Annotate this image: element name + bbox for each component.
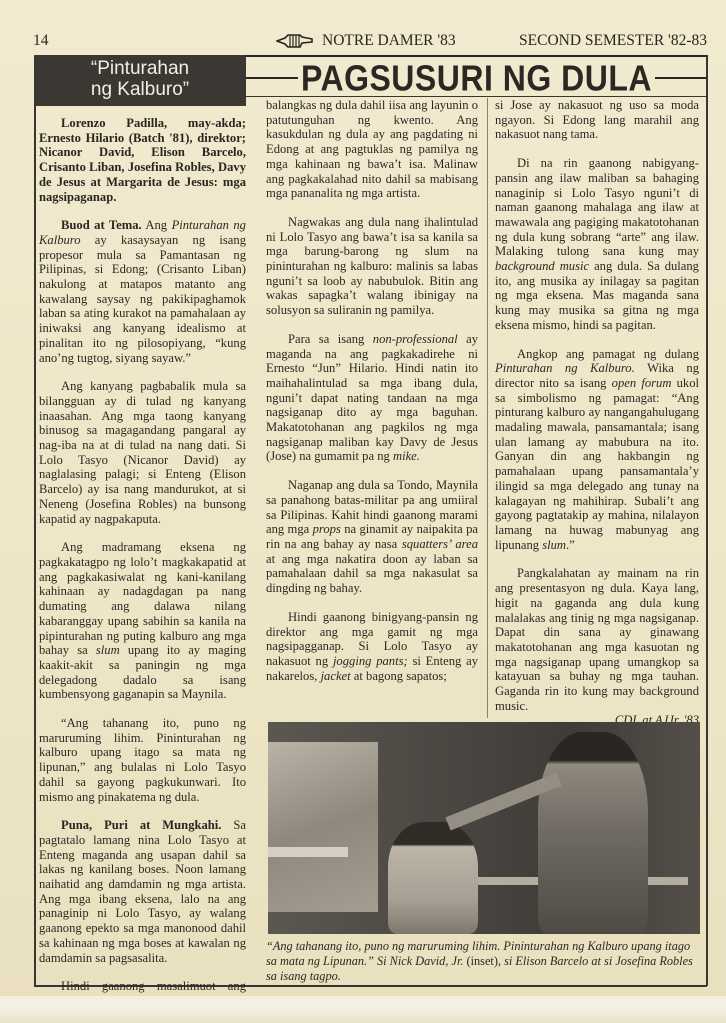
paragraph: Hindi gaanong binigyang-pansin ng direkt…: [266, 610, 478, 684]
paragraph: balangkas ng dula dahil iisa ang layunin…: [266, 98, 478, 201]
text: .”: [566, 538, 575, 552]
paragraph: Pangkalahatan ay mainam na rin ang prese…: [495, 566, 699, 713]
paragraph: Puna, Puri at Mungkahi. Sa pagtatalo lam…: [39, 818, 246, 965]
paragraph: Para sa isang non-professional ay magand…: [266, 332, 478, 464]
text: ukol sa simbolismo ng pamagat: “Ang pint…: [495, 376, 699, 552]
frame-right-rule: [706, 55, 708, 986]
emphasis: jacket: [321, 669, 351, 683]
emphasis: open forum: [612, 376, 672, 390]
kicker-line-2: ng Kalburo”: [34, 79, 246, 100]
headline-rule-left: [246, 77, 298, 79]
emphasis: slum: [542, 538, 566, 552]
article-kicker: “Pinturahan ng Kalburo”: [34, 55, 246, 106]
column-divider: [487, 98, 488, 718]
text: ay kasaysayan ng isang propesor mula sa …: [39, 233, 246, 365]
text: Para sa isang: [288, 332, 373, 346]
kicker-line-1: “Pinturahan: [34, 58, 246, 79]
text: Ang: [142, 218, 172, 232]
paragraph: Nagwakas ang dula nang ihalintulad ni Lo…: [266, 215, 478, 318]
text: ay maganda na ang pagkakadirehe ni Ernes…: [266, 332, 478, 464]
headline-underline: [246, 96, 707, 97]
emphasis: props: [313, 522, 341, 536]
actor-figure: [538, 732, 648, 934]
paragraph: Naganap ang dula sa Tondo, Maynila sa pa…: [266, 478, 478, 596]
running-header: 14 NOTRE DAMER '83 SECOND SEMESTER '82-8…: [33, 32, 707, 52]
credits-text: Lorenzo Padilla, may-akda; Ernesto Hilar…: [39, 116, 246, 204]
text: at ang mga nakatira doon ay laban sa pam…: [266, 552, 478, 595]
paragraph: Ang madramang eksena ng pagkakatagpo ng …: [39, 540, 246, 702]
headline-rule-right: [655, 77, 707, 79]
emphasis: jogging pants;: [333, 654, 408, 668]
text: Sa pagtatalo lamang nina Lolo Tasyo at E…: [39, 818, 246, 964]
section-lead-puna: Puna, Puri at Mungkahi.: [61, 818, 221, 832]
caption-inset-note: (inset): [467, 954, 498, 968]
column-1: Lorenzo Padilla, may-akda; Ernesto Hilar…: [39, 116, 246, 1008]
paragraph: si Jose ay nakasuot ng uso sa moda ngayo…: [495, 98, 699, 142]
paragraph: Ang kanyang pagbabalik mula sa bilanggua…: [39, 379, 246, 526]
text: at bagong sapatos;: [351, 669, 447, 683]
paragraph: Buod at Tema. Ang Pinturahan ng Kalburo …: [39, 218, 246, 365]
emphasis: mike.: [393, 449, 420, 463]
column-2: balangkas ng dula dahil iisa ang layunin…: [266, 98, 478, 697]
emphasis: non-professional: [373, 332, 458, 346]
publication-name: NOTRE DAMER '83: [322, 32, 456, 50]
emphasis: slum: [96, 643, 120, 657]
headline-banner: PAGSUSURI NG DULA: [246, 55, 707, 99]
inset-photo: [268, 742, 378, 912]
frame-left-rule: [34, 106, 36, 986]
text: Angkop ang pamagat ng dulang: [517, 347, 699, 361]
paragraph: Angkop ang pamagat ng dulang Pinturahan …: [495, 347, 699, 553]
photo-caption: “Ang tahanang ito, puno ng maruruming li…: [266, 939, 702, 984]
text: Ang madramang eksena ng pagkakatagpo ng …: [39, 540, 246, 657]
semester-label: SECOND SEMESTER '82-83: [519, 32, 707, 50]
emphasis: squatters’ area: [402, 537, 478, 551]
text: Di na rin gaanong nabigyang-pansin ang i…: [495, 156, 699, 258]
column-3: si Jose ay nakasuot ng uso sa moda ngayo…: [495, 98, 699, 728]
paragraph: “Ang tahanang ito, puno ng maruruming li…: [39, 716, 246, 804]
photo-table: [268, 847, 348, 857]
section-lead-buod: Buod at Tema.: [61, 218, 142, 232]
headline: PAGSUSURI NG DULA: [298, 57, 655, 98]
paragraph: Hindi gaanong masalimuot ang: [39, 979, 246, 994]
play-title: Pinturahan ng Kalburo.: [495, 361, 635, 375]
paragraph: Di na rin gaanong nabigyang-pansin ang i…: [495, 156, 699, 332]
pointing-hand-icon: [276, 32, 314, 50]
actress-figure: [388, 822, 478, 934]
credits-paragraph: Lorenzo Padilla, may-akda; Ernesto Hilar…: [39, 116, 246, 204]
page-number: 14: [33, 32, 49, 50]
stage-scene-photo: [268, 722, 700, 934]
masthead: NOTRE DAMER '83: [276, 32, 456, 50]
emphasis: background music: [495, 259, 589, 273]
